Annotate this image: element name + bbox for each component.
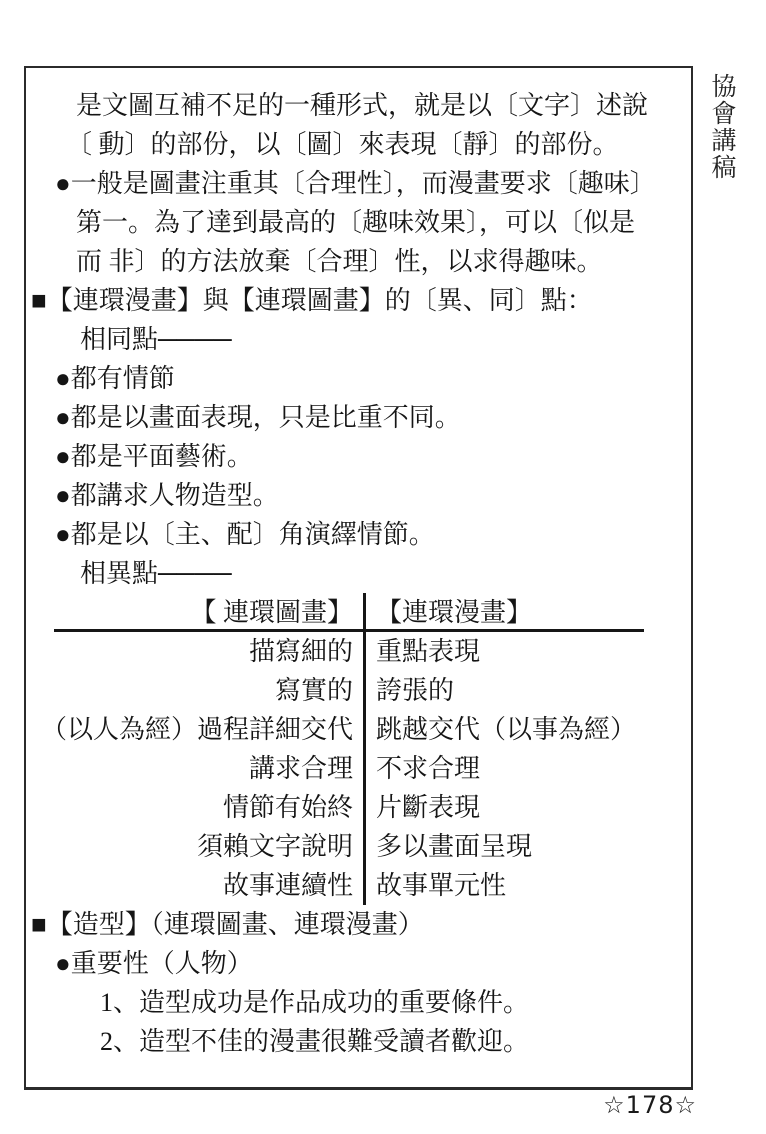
same-point-item: ●都是以〔主、配〕角演繹情節。: [26, 515, 691, 554]
table-cell-left: 描寫細的: [40, 632, 366, 671]
side-caption: 協會講稿: [706, 73, 736, 181]
modeling-subheading: ●重要性（人物）: [26, 944, 691, 983]
table-cell-right: 片斷表現: [366, 788, 644, 827]
page-frame: 是文圖互補不足的一種形式，就是以〔文字〕述說 〔 動〕的部份，以〔圖〕來表現〔靜…: [24, 66, 693, 1090]
same-points-label: 相同點────: [26, 320, 691, 359]
numbered-point-1: 1、造型成功是作品成功的重要條件。: [26, 983, 691, 1022]
table-header-right: 【連環漫畫】: [366, 593, 644, 632]
table-cell-left: 須賴文字說明: [40, 827, 366, 866]
table-cell-right: 跳越交代（以事為經）: [366, 710, 644, 749]
table-header-row: 【 連環圖畫】 【連環漫畫】: [40, 593, 644, 632]
table-cell-left: 講求合理: [40, 749, 366, 788]
diff-points-label: 相異點────: [26, 554, 691, 593]
table-cell-right: 不求合理: [366, 749, 644, 788]
page-number: ☆178☆: [24, 1091, 697, 1119]
table-cell-right: 重點表現: [366, 632, 644, 671]
note-line-2: 第一。為了達到最高的〔趣味效果〕，可以〔似是: [26, 203, 691, 242]
same-point-item: ●都講求人物造型。: [26, 476, 691, 515]
table-cell-right: 故事單元性: [366, 866, 644, 905]
table-row: 故事連續性 故事單元性: [40, 866, 644, 905]
table-header-left: 【 連環圖畫】: [40, 593, 366, 632]
table-cell-left: 寫實的: [40, 671, 366, 710]
document-page: 是文圖互補不足的一種形式，就是以〔文字〕述說 〔 動〕的部份，以〔圖〕來表現〔靜…: [0, 0, 766, 1134]
comparison-table: 【 連環圖畫】 【連環漫畫】 描寫細的 重點表現 寫實的 誇張的 （以人為經）過…: [40, 593, 644, 905]
same-point-item: ●都有情節: [26, 359, 691, 398]
intro-line-2: 〔 動〕的部份，以〔圖〕來表現〔靜〕的部份。: [26, 125, 691, 164]
table-cell-left: 故事連續性: [40, 866, 366, 905]
note-line-1: ●一般是圖畫注重其〔合理性〕，而漫畫要求〔趣味〕: [26, 164, 691, 203]
page-content: 是文圖互補不足的一種形式，就是以〔文字〕述說 〔 動〕的部份，以〔圖〕來表現〔靜…: [26, 86, 691, 1061]
same-point-item: ●都是平面藝術。: [26, 437, 691, 476]
table-cell-right: 多以畫面呈現: [366, 827, 644, 866]
table-row: 須賴文字說明 多以畫面呈現: [40, 827, 644, 866]
intro-line-1: 是文圖互補不足的一種形式，就是以〔文字〕述說: [26, 86, 691, 125]
table-row: 寫實的 誇張的: [40, 671, 644, 710]
numbered-point-2: 2、造型不佳的漫畫很難受讀者歡迎。: [26, 1022, 691, 1061]
table-cell-left: 情節有始終: [40, 788, 366, 827]
table-row: 情節有始終 片斷表現: [40, 788, 644, 827]
table-row: 描寫細的 重點表現: [40, 632, 644, 671]
table-header-underline: [54, 629, 644, 632]
section-heading-modeling: ■【造型】（連環圖畫、連環漫畫）: [26, 905, 691, 944]
table-row: 講求合理 不求合理: [40, 749, 644, 788]
section-heading-compare: ■【連環漫畫】與【連環圖畫】的〔異、同〕點：: [26, 281, 691, 320]
note-line-3: 而 非〕的方法放棄〔合理〕性，以求得趣味。: [26, 242, 691, 281]
same-point-item: ●都是以畫面表現，只是比重不同。: [26, 398, 691, 437]
table-row: （以人為經）過程詳細交代 跳越交代（以事為經）: [40, 710, 644, 749]
table-cell-right: 誇張的: [366, 671, 644, 710]
table-cell-left: （以人為經）過程詳細交代: [40, 710, 366, 749]
